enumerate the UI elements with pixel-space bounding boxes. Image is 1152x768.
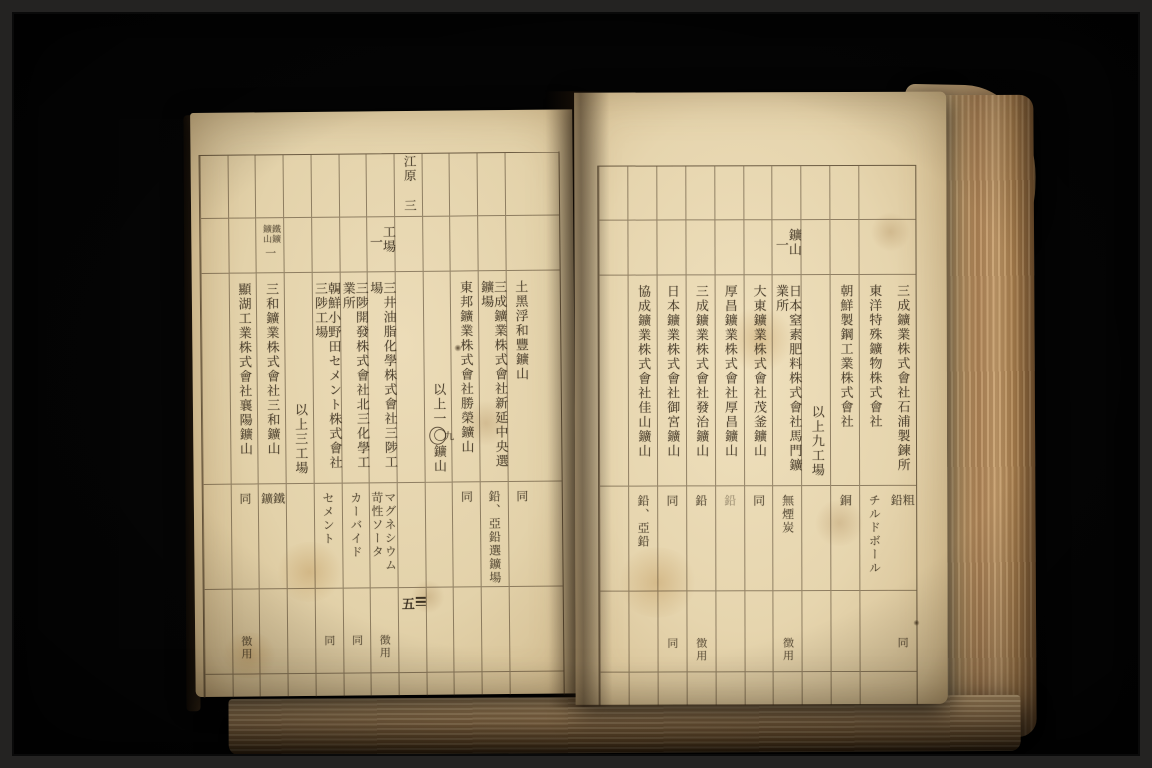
table-column: 顯湖工業株式會社襄陽鑛山同徴用 [227,155,260,697]
header-row-cell [422,154,449,217]
header-row-cell [228,155,255,218]
usage-mark: 徴用 [696,637,707,671]
product-row-cell [204,485,232,590]
company-row-cell: 朝鮮小野田セメント株式會社三陟工場 [312,273,341,484]
company-row-cell [533,271,562,482]
partial-row-cell [455,672,482,695]
company-name: 三井油脂化學株式會社三陟工場 [368,281,396,482]
partial-row-cell [206,675,233,698]
product-name: 同 [460,490,472,504]
table-column: 東洋特殊鑛物株式會社チルドボール [858,166,888,705]
company-name: 日本鑛業株式會社御宮鑛山 [665,284,679,485]
category-row-cell [506,216,533,271]
header-row-cell [201,156,228,219]
category-row-cell [657,220,685,275]
company-name: 三成鑛業株式會社發治鑛山 [694,284,708,485]
table-column: 厚昌鑛業株式會社厚昌鑛山鉛 [714,166,744,705]
usage-row-cell: 同 [658,591,686,672]
company-row-cell: 三成鑛業株式會社發治鑛山 [686,275,714,486]
table-column: 工場一三井油脂化學株式會社三陟工場マグネシウム苛性ソータ徴用 [366,154,399,696]
usage-row-cell [600,592,628,673]
partial-row-cell [261,674,288,697]
company-name: 朝鮮小野田セメント株式會社三陟工場 [313,282,341,483]
usage-mark: 同 [351,634,362,672]
category-row-cell [831,220,859,275]
header-row-cell [339,154,366,217]
product-name: 鐵鑛 [261,492,286,588]
category-row-cell [340,217,367,272]
header-row-cell [773,166,801,220]
header-row-cell [311,155,338,218]
product-row-cell: 同 [453,482,481,587]
product-row-cell: 鐵鑛 [259,484,287,589]
partial-row-cell [233,674,260,697]
category-row-cell [599,221,627,276]
category-row-cell [478,216,505,271]
page-number-mark: 五 [397,597,426,614]
company-row-cell: 東邦鑛業株式會社勝榮鑛山 [451,271,480,482]
category-row-cell [860,220,888,275]
company-row-cell: 三陟開發株式會社北三化學工業所 [340,272,369,483]
company-name: 大東鑛業株式會社茂釜鑛山 [752,284,766,485]
usage-row-cell: 徴用 [371,588,399,673]
company-row-cell [202,274,231,485]
table-column: 大東鑛業株式會社茂釜鑛山同 [743,166,773,705]
category-row-cell [715,220,743,275]
total-label-part: 鑛山 [431,445,446,474]
product-row-cell: 同 [745,486,773,591]
usage-row-cell: 徴用 [774,591,802,672]
partial-row-cell [803,672,831,705]
usage-row-cell [482,587,510,672]
category-row-cell: 鐵鑛鑛山一 [257,218,284,273]
product-name: カーバイド [350,491,363,559]
partial-row-cell [289,674,316,697]
company-row-cell: 朝鮮製鋼工業株式會社 [831,275,859,486]
table-column: 三成鑛業株式會社發治鑛山鉛徴用 [685,166,715,705]
category-label: 鑛山 [786,228,801,257]
header-row-cell [715,166,743,220]
category-row-cell [395,217,422,272]
open-book: 江原三 五 土黑浮和豐鑛山同三成鑛業株式會社新延中央選鑛場鉛、亞鉛選鑛場東邦鑛業… [183,83,1046,757]
company-row-cell: 三成鑛業株式會社新延中央選鑛場 [479,271,508,482]
header-row-cell [831,166,859,220]
product-name: 粗鉛 [890,494,914,590]
company-row-cell: 以上一〇鑛山九 [423,272,452,483]
partial-row-cell [658,672,686,705]
product-name: 苛性ソータ [371,491,384,559]
company-name: 東邦鑛業株式會社勝榮鑛山 [458,280,473,481]
category-label: 鐵鑛 [270,224,279,244]
usage-mark: 徴用 [379,634,390,672]
category-row-cell [229,218,256,273]
usage-row-cell [832,591,860,672]
table-column: 三成鑛業株式會社新延中央選鑛場鉛、亞鉛選鑛場 [476,153,509,695]
company-row-cell: 以上三工場 [285,273,314,484]
partial-row-cell [832,672,860,705]
province-text: 江原 [402,155,417,183]
product-row-cell [398,483,426,588]
usage-row-cell [454,587,482,672]
header-row-cell [628,167,656,221]
company-row-cell: 厚昌鑛業株式會社厚昌鑛山 [715,275,743,486]
category-number: 一 [773,238,788,253]
header-row-cell [802,166,830,220]
category-row-cell [532,216,559,271]
company-name: 三成鑛業株式會社新延中央選鑛場 [479,280,507,481]
company-row-cell: 土黑浮和豐鑛山 [506,271,535,482]
usage-row-cell [803,591,831,672]
table-column [532,153,564,695]
usage-row-cell [205,590,233,675]
product-name: 無煙炭 [782,494,794,535]
usage-row-cell [536,587,564,672]
header-row-cell [505,153,532,216]
usage-row-cell: 徴用 [687,591,715,672]
company-name: 朝鮮製鋼工業株式會社 [838,284,852,485]
table-column [598,167,628,706]
total-label: 以上一〇鑛山九 [431,383,445,474]
company-name: 顯湖工業株式會社襄陽鑛山 [236,282,251,483]
table-column [200,156,233,698]
product-row-cell: 無煙炭 [774,486,802,591]
header-row-cell [657,166,685,220]
company-row-cell: 以上九工場 [802,275,830,486]
table-column: 土黑浮和豐鑛山同 [504,153,537,695]
category-row-cell [423,217,450,272]
category-row-cell [201,219,228,274]
total-label: 以上九工場 [810,405,823,478]
product-row-cell: セメント [314,484,342,589]
category-number: 一 [367,235,382,250]
table-column: 三成鑛業株式會社石浦製鍊所粗鉛同 [887,166,916,705]
partial-row-cell [745,672,773,705]
usage-row-cell: 徴用 [232,589,260,674]
product-name: セメント [322,492,335,546]
product-row-cell: 鉛、亞鉛 [629,487,657,592]
header-row-cell [744,166,772,220]
product-name: 同 [753,494,765,508]
partial-row-cell [861,672,889,705]
product-row-cell [600,487,628,592]
category-header: 鐵鑛鑛山一 [257,218,284,272]
handwritten-annotation: 九 [444,433,456,443]
usage-row-cell: 同 [888,591,916,672]
product-row-cell: 粗鉛 [888,486,916,591]
product-row-cell: 鉛 [687,486,715,591]
header-row-cell [450,153,477,216]
category-header-pair: 鐵鑛鑛山 [261,218,279,244]
header-row-cell [599,167,627,221]
company-name: 東洋特殊鑛物株式會社 [867,284,881,485]
table-column: 鑛山一日本窒素肥料株式會社馬門鑛業所無煙炭徴用 [772,166,802,705]
table-column: 三陟開發株式會社北三化學工業所カーバイド同 [338,154,371,696]
product-row-cell [425,483,453,588]
right-page: 三成鑛業株式會社石浦製鍊所粗鉛同東洋特殊鑛物株式會社チルドボール朝鮮製鋼工業株式… [574,92,948,705]
table-column: 朝鮮製鋼工業株式會社銅 [830,166,860,705]
usage-row-cell [426,588,454,673]
partial-row-cell [537,671,564,694]
left-table: 土黑浮和豐鑛山同三成鑛業株式會社新延中央選鑛場鉛、亞鉛選鑛場東邦鑛業株式會社勝榮… [199,152,565,698]
product-row-cell [535,482,563,587]
category-row-cell [888,220,916,275]
table-column [393,154,426,696]
product-row-cell: 同 [658,486,686,591]
company-name: 日本窒素肥料株式會社馬門鑛業所 [774,284,801,485]
partial-row-cell [601,673,629,706]
partial-row-cell [630,673,658,706]
product-name: 鉛 [695,494,707,508]
header-row-cell [686,166,714,220]
usage-row-cell: 同 [316,589,344,674]
product-row-cell [802,486,830,591]
company-name: 厚昌鑛業株式會社厚昌鑛山 [723,284,737,485]
usage-mark: 同 [667,637,678,671]
company-row-cell: 三和鑛業株式會社三和鑛山 [257,273,286,484]
partial-row-cell [716,672,744,705]
province-header: 江原三 [403,155,416,217]
company-row-cell: 日本鑛業株式會社御宮鑛山 [657,275,685,486]
usage-row-cell [629,592,657,673]
category-row-cell [628,221,656,276]
usage-row-cell [288,589,316,674]
table-column: 東邦鑛業株式會社勝榮鑛山同 [449,153,482,695]
header-row-cell [284,155,311,218]
total-label-part: 以上一 [430,383,445,427]
framed-photo: 江原三 五 土黑浮和豐鑛山同三成鑛業株式會社新延中央選鑛場鉛、亞鉛選鑛場東邦鑛業… [0,0,1152,768]
company-row-cell: 三井油脂化學株式會社三陟工場 [368,272,397,483]
product-row-cell: 銅 [831,486,859,591]
partial-row-cell [687,672,715,705]
table-column: 以上一〇鑛山九 [421,154,454,696]
product-row-cell: チルドボール [860,486,888,591]
usage-mark: 徴用 [782,637,793,671]
partial-row-cell [344,673,371,696]
usage-mark: 同 [324,635,335,673]
company-name: 三成鑛業株式會社石浦製鍊所 [895,284,909,485]
category-header: 鑛山一 [774,228,800,274]
right-table: 三成鑛業株式會社石浦製鍊所粗鉛同東洋特殊鑛物株式會社チルドボール朝鮮製鋼工業株式… [597,165,917,706]
usage-row-cell [745,591,773,672]
header-row-cell [859,166,887,220]
partial-row-cell [482,672,509,695]
company-row-cell: 大東鑛業株式會社茂釜鑛山 [744,275,772,486]
company-row-cell: 東洋特殊鑛物株式會社 [860,275,888,486]
product-name: 同 [516,490,528,504]
product-row-cell: 鉛、亞鉛選鑛場 [481,482,509,587]
usage-mark: 徴用 [241,635,252,673]
product-name: 銅 [839,494,851,508]
product-name: マグネシウム [384,491,397,572]
province-part: 三 [402,199,417,213]
company-row-cell [396,272,425,483]
partial-row-cell [510,672,537,695]
table-column: 協成鑛業株式會社佳山鑛山鉛、亞鉛 [627,167,657,706]
company-row-cell: 三成鑛業株式會社石浦製鍊所 [888,275,916,486]
company-row-cell: 顯湖工業株式會社襄陽鑛山 [229,273,258,484]
company-name: 三陟開發株式會社北三化學工業所 [341,281,369,482]
partial-row-cell [889,672,917,705]
table-column: 以上九工場 [801,166,831,705]
category-header: 工場一 [368,225,394,271]
usage-row-cell [260,589,288,674]
category-label: 鑛山 [261,224,270,244]
partial-row-cell [774,672,802,705]
company-name: 土黑浮和豐鑛山 [513,280,528,481]
province-name: 江原三 [403,155,416,213]
category-number: 一 [265,247,276,260]
table-column: 以上三工場 [283,155,316,697]
usage-row-cell [716,591,744,672]
product-row-cell: 同 [231,484,259,589]
product-row-cell: 鉛 [716,486,744,591]
partial-row-cell [399,673,426,696]
header-row-cell [887,166,915,220]
category-row-cell [686,220,714,275]
category-row-cell [744,220,772,275]
company-name: 三和鑛業株式會社三和鑛山 [264,282,279,483]
category-row-cell: 鑛山一 [773,220,801,275]
total-label: 以上三工場 [293,402,307,475]
company-name: 協成鑛業株式會社佳山鑛山 [636,285,650,486]
product-row-cell: マグネシウム苛性ソータ [370,483,398,588]
category-row-cell [802,220,830,275]
company-row-cell [600,276,628,487]
product-name: 同 [666,494,678,508]
product-name: 鉛 [724,494,736,508]
header-row-cell [532,153,559,216]
category-row-cell [284,218,311,273]
category-row-cell [312,218,339,273]
product-name: 鉛、亞鉛選鑛場 [488,490,501,585]
header-row-cell [367,154,394,217]
usage-row-cell [861,591,889,672]
table-column: 日本鑛業株式會社御宮鑛山同同 [656,166,686,705]
category-row-cell: 工場一 [367,217,394,272]
category-row-cell [450,216,477,271]
usage-row-cell [509,587,537,672]
product-row-cell: 同 [508,482,536,587]
product-name: 鉛、亞鉛 [637,495,649,549]
company-row-cell: 日本窒素肥料株式會社馬門鑛業所 [773,275,801,486]
partial-row-cell [316,674,343,697]
partial-row-cell [427,673,454,696]
company-row-cell: 協成鑛業株式會社佳山鑛山 [629,276,657,487]
product-name: 同 [239,492,251,506]
product-row-cell: カーバイド [342,483,370,588]
product-name: チルドボール [868,494,880,575]
usage-mark: 同 [897,637,908,671]
left-page: 江原三 五 土黑浮和豐鑛山同三成鑛業株式會社新延中央選鑛場鉛、亞鉛選鑛場東邦鑛業… [190,109,578,697]
partial-row-cell [372,673,399,696]
table-column: 鐵鑛鑛山一三和鑛業株式會社三和鑛山鐵鑛 [255,155,288,697]
usage-row-cell: 同 [343,588,371,673]
table-column: 朝鮮小野田セメント株式會社三陟工場セメント同 [310,155,343,697]
product-row-cell [287,484,315,589]
header-row-cell [256,155,283,218]
header-row-cell [477,153,504,216]
